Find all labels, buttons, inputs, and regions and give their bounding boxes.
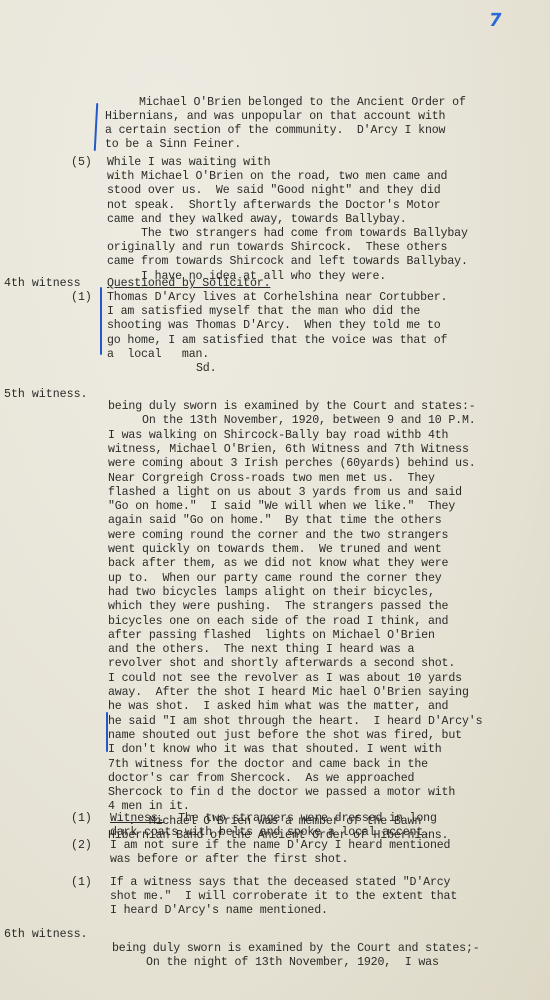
paragraph-line: On the night of 13th November, 1920, I w… xyxy=(112,956,439,970)
paragraph-line: originally and run towards Shircock. The… xyxy=(107,241,447,255)
paragraph-line: to be a Sinn Feiner. xyxy=(105,138,241,152)
paragraph-line: up to. When our party came round the cor… xyxy=(108,572,442,586)
paragraph-line: and the others. The next thing I heard w… xyxy=(108,643,414,657)
paragraph-line: bicycles one on each side of the road I … xyxy=(108,615,448,629)
paragraph-line: Near Corgreigh Cross-roads two men met u… xyxy=(108,472,435,486)
section-heading: Questioned by Solicitor. xyxy=(107,277,270,291)
paragraph-line: which they were pushing. The strangers p… xyxy=(108,600,448,614)
paragraph-line: 7th witness for the doctor and came back… xyxy=(108,758,428,772)
paragraph-line: shooting was Thomas D'Arcy. When they to… xyxy=(107,319,441,333)
paragraph-line: he was shot. I asked him what was the ma… xyxy=(108,700,448,714)
paragraph-line: I could not see the revolver as I was ab… xyxy=(108,672,462,686)
paragraph-line: shot me." I will corroberate it to the e… xyxy=(110,890,457,904)
paragraph-line: stood over us. We said "Good night" and … xyxy=(107,184,441,198)
paragraph-line: If a witness says that the deceased stat… xyxy=(110,876,450,890)
paragraph-line: While I was waiting with xyxy=(107,156,270,170)
paragraph-line: after passing flashed lights on Michael … xyxy=(108,629,435,643)
paragraph-line: were coming round the corner and the two… xyxy=(108,529,448,543)
paragraph-line: witness, Michael O'Brien, 6th Witness an… xyxy=(108,443,469,457)
blue-margin-mark-2 xyxy=(100,287,102,355)
paragraph-line: doctor's car from Shercock. As we approa… xyxy=(108,772,414,786)
paragraph-line: being duly sworn is examined by the Cour… xyxy=(112,942,480,956)
witness-label: 6th witness. xyxy=(4,928,88,942)
paragraph-line: I heard D'Arcy's name mentioned. xyxy=(110,904,328,918)
paragraph-line: went quickly on towards them. We truned … xyxy=(108,543,442,557)
item-number: (1) xyxy=(71,876,92,890)
signature-mark: Sd. xyxy=(196,362,216,376)
paragraph-line: being duly sworn is examined by the Cour… xyxy=(108,400,476,414)
paragraph-line: On the 13th November, 1920, between 9 an… xyxy=(108,414,476,428)
paragraph-line: I am satisfied myself that the man who d… xyxy=(107,305,420,319)
paragraph-line: back after them, as we did not know what… xyxy=(108,557,448,571)
paragraph-line: go home, I am satisfied that the voice w… xyxy=(107,334,447,348)
paragraph-line: away. After the shot I heard Mic hael O'… xyxy=(108,686,469,700)
paragraph-line: came from towards Shircock and left towa… xyxy=(107,255,468,269)
item-number: (2) xyxy=(71,839,92,853)
paragraph-line: a local man. xyxy=(107,348,209,362)
paragraph-line: I was walking on Shircock-Bally bay road… xyxy=(108,429,448,443)
paragraph-line: with Michael O'Brien on the road, two me… xyxy=(107,170,447,184)
paragraph-line: again said "Go on home." By that time th… xyxy=(108,514,442,528)
paragraph-line: The two strangers were dressed in long xyxy=(110,812,437,826)
paragraph-line: were coming about 3 Irish perches (60yar… xyxy=(108,457,476,471)
item-number: (5) xyxy=(71,156,92,170)
item-number: (1) xyxy=(71,291,92,305)
paragraph-line: not speak. Shortly afterwards the Doctor… xyxy=(107,199,441,213)
paragraph-line: The two strangers had come from towards … xyxy=(107,227,468,241)
paragraph-line: Hibernians, and was unpopular on that ac… xyxy=(105,110,445,124)
paragraph-line: flashed a light on us about 3 yards from… xyxy=(108,486,462,500)
paragraph-line: Thomas D'Arcy lives at Corhelshina near … xyxy=(107,291,447,305)
paragraph-line: name shouted out just before the shot wa… xyxy=(108,729,462,743)
paragraph-line: I am not sure if the name D'Arcy I heard… xyxy=(110,839,450,853)
paragraph-line: Shercock to fin d the doctor we passed a… xyxy=(108,786,455,800)
paragraph-line: came and they walked away, towards Bally… xyxy=(107,213,407,227)
paragraph-line: a certain section of the community. D'Ar… xyxy=(105,124,445,138)
page-number: 7 xyxy=(487,10,503,31)
witness-label: 5th witness. xyxy=(4,388,88,402)
blue-margin-mark-1 xyxy=(94,103,99,151)
paragraph-line: he said "I am shot through the heart. I … xyxy=(108,715,482,729)
paragraph-line: I don't know who it was that shouted. I … xyxy=(108,743,442,757)
witness-label: 4th witness xyxy=(4,277,81,291)
paragraph-line: had two bicycles lamps alight on their b… xyxy=(108,586,435,600)
paragraph-line: was before or after the first shot. xyxy=(110,853,348,867)
paragraph-line: Michael O'Brien belonged to the Ancient … xyxy=(105,96,466,110)
item-number: (1) xyxy=(71,812,92,826)
paragraph-line: revolver shot and shortly afterwards a s… xyxy=(108,657,455,671)
paragraph-line: "Go on home." I said "We will when we li… xyxy=(108,500,455,514)
